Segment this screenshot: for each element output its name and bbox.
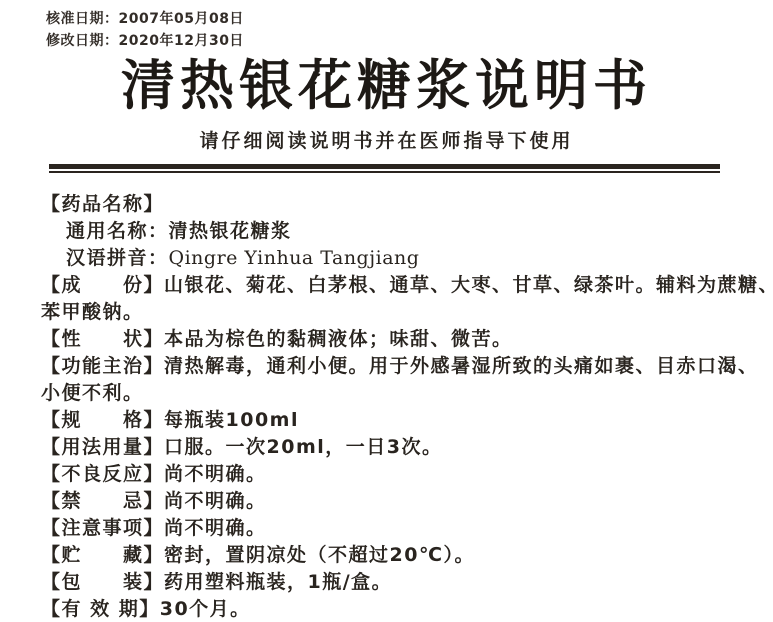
section-text: 每瓶装100ml xyxy=(164,409,299,431)
continuation-line-ingredients: 苯甲酸钠。 xyxy=(0,299,773,326)
section-label: 【性 状】 xyxy=(41,328,164,350)
section-line-storage: 【贮 藏】密封，置阴凉处（不超过20℃）。 xyxy=(0,542,773,569)
approval-date: 核准日期：2007年05月08日 xyxy=(46,8,244,30)
section-text: 尚不明确。 xyxy=(164,517,267,539)
subline-text: 清热银花糖浆 xyxy=(169,220,292,242)
section-line-description: 【性 状】本品为棕色的黏稠液体；味甜、微苦。 xyxy=(0,326,773,353)
section-text: 尚不明确。 xyxy=(164,463,267,485)
subline-text-pinyin: Qingre Yinhua Tangjiang xyxy=(169,247,420,269)
section-label: 【药品名称】 xyxy=(41,193,164,215)
section-text: 尚不明确。 xyxy=(164,490,267,512)
subline-pinyin: 汉语拼音：Qingre Yinhua Tangjiang xyxy=(0,245,773,272)
section-line-precautions: 【注意事项】尚不明确。 xyxy=(0,515,773,542)
section-text: 密封，置阴凉处（不超过20℃）。 xyxy=(164,544,475,566)
section-text: 苯甲酸钠。 xyxy=(41,301,144,323)
section-text: 山银花、菊花、白茅根、通草、大枣、甘草、绿茶叶。辅料为蔗糖、 xyxy=(164,274,773,296)
revision-date: 修改日期：2020年12月30日 xyxy=(46,30,244,52)
subline-generic-name: 通用名称：清热银花糖浆 xyxy=(0,218,773,245)
section-text: 本品为棕色的黏稠液体；味甜、微苦。 xyxy=(164,328,513,350)
page-subtitle: 请仔细阅读说明书并在医师指导下使用 xyxy=(0,128,773,154)
leaflet-page: 核准日期：2007年05月08日 修改日期：2020年12月30日 清热银花糖浆… xyxy=(0,0,773,622)
section-label: 【规 格】 xyxy=(41,409,164,431)
section-label: 【用法用量】 xyxy=(41,436,164,458)
section-label: 【有 效 期】 xyxy=(41,598,160,620)
continuation-line-indications: 小便不利。 xyxy=(0,380,773,407)
date-block: 核准日期：2007年05月08日 修改日期：2020年12月30日 xyxy=(46,8,244,52)
section-label: 【功能主治】 xyxy=(41,355,164,377)
section-text: 口服。一次20ml，一日3次。 xyxy=(164,436,442,458)
section-label: 【包 装】 xyxy=(41,571,164,593)
subline-label: 通用名称： xyxy=(66,220,169,242)
page-title: 清热银花糖浆说明书 xyxy=(0,50,773,120)
subline-label: 汉语拼音： xyxy=(66,247,169,269)
section-line-specification: 【规 格】每瓶装100ml xyxy=(0,407,773,434)
section-text: 药用塑料瓶装，1瓶/盒。 xyxy=(164,571,392,593)
section-label: 【注意事项】 xyxy=(41,517,164,539)
leaflet-body: 【药品名称】 通用名称：清热银花糖浆 汉语拼音：Qingre Yinhua Ta… xyxy=(0,191,773,622)
section-label: 【不良反应】 xyxy=(41,463,164,485)
section-label: 【禁 忌】 xyxy=(41,490,164,512)
double-divider-rule xyxy=(49,164,720,173)
section-line-adverse-reactions: 【不良反应】尚不明确。 xyxy=(0,461,773,488)
section-text: 小便不利。 xyxy=(41,382,144,404)
section-label: 【贮 藏】 xyxy=(41,544,164,566)
section-line-shelf-life: 【有 效 期】30个月。 xyxy=(0,596,773,622)
section-line-dosage: 【用法用量】口服。一次20ml，一日3次。 xyxy=(0,434,773,461)
section-line-indications: 【功能主治】清热解毒，通利小便。用于外感暑湿所致的头痛如裹、目赤口渴、 xyxy=(0,353,773,380)
section-line-packaging: 【包 装】药用塑料瓶装，1瓶/盒。 xyxy=(0,569,773,596)
section-text: 30个月。 xyxy=(160,598,251,620)
section-line-ingredients: 【成 份】山银花、菊花、白茅根、通草、大枣、甘草、绿茶叶。辅料为蔗糖、 xyxy=(0,272,773,299)
section-line-contraindications: 【禁 忌】尚不明确。 xyxy=(0,488,773,515)
section-line-drug-name: 【药品名称】 xyxy=(0,191,773,218)
section-text: 清热解毒，通利小便。用于外感暑湿所致的头痛如裹、目赤口渴、 xyxy=(164,355,759,377)
section-label: 【成 份】 xyxy=(41,274,164,296)
